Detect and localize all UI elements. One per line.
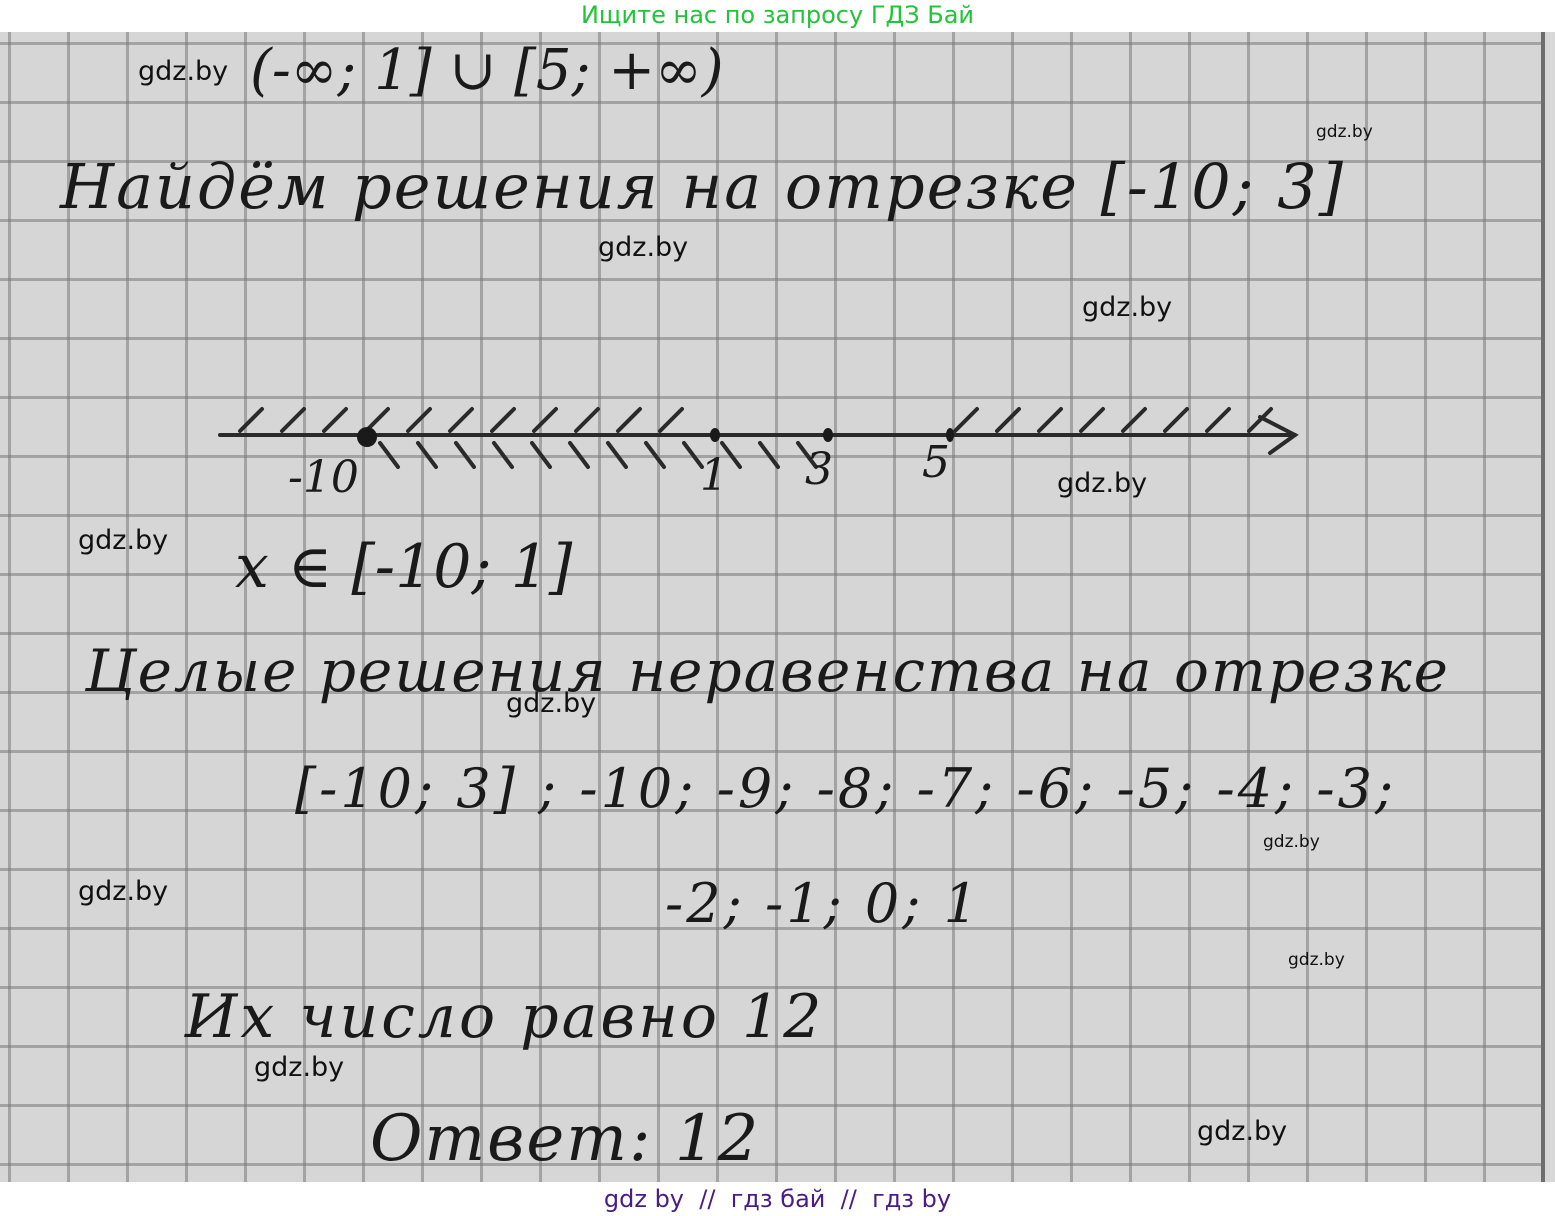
interval-answer-line: x ∈ [-10; 1] — [235, 532, 572, 602]
watermark: gdz.by — [1057, 468, 1147, 499]
page-edge — [1545, 32, 1555, 1182]
watermark: gdz.by — [254, 1052, 344, 1083]
watermark: gdz.by — [506, 688, 596, 719]
watermark: gdz.by — [1316, 122, 1373, 142]
watermark: gdz.by — [598, 232, 688, 263]
final-answer-line: Ответ: 12 — [370, 1102, 760, 1176]
tick-label-5: 5 — [922, 437, 950, 488]
integer-solutions-list-1: [-10; 3] ; -10; -9; -8; -7; -6; -5; -4; … — [295, 757, 1396, 820]
watermark: gdz.by — [1263, 832, 1320, 852]
point-minus-10 — [357, 427, 377, 447]
integer-solutions-list-2: -2; -1; 0; 1 — [665, 872, 981, 935]
number-line-diagram — [200, 387, 1320, 497]
watermark: gdz.by — [1288, 950, 1345, 970]
watermark: gdz.by — [1082, 292, 1172, 323]
tick-label-minus-10: -10 — [288, 452, 359, 503]
search-banner: Ищите нас по запросу ГДЗ Бай — [0, 0, 1555, 32]
integer-solutions-heading: Целые решения неравенства на отрезке — [85, 637, 1450, 705]
tick-label-3: 3 — [805, 444, 833, 495]
point-3 — [823, 428, 833, 442]
watermark: gdz.by — [78, 525, 168, 556]
task-heading-line: Найдём решения на отрезке [-10; 3] — [60, 150, 1345, 223]
point-1 — [710, 428, 720, 442]
footer-links[interactable]: gdz by // гдз бай // гдз by — [0, 1182, 1555, 1216]
count-line: Их число равно 12 — [185, 982, 824, 1052]
watermark: gdz.by — [78, 876, 168, 907]
notebook-page: (-∞; 1] ∪ [5; +∞) Найдём решения на отре… — [0, 32, 1555, 1182]
tick-label-1: 1 — [700, 450, 728, 501]
watermark: gdz.by — [138, 56, 228, 87]
watermark: gdz.by — [1197, 1116, 1287, 1147]
solution-union-line: (-∞; 1] ∪ [5; +∞) — [250, 38, 724, 103]
